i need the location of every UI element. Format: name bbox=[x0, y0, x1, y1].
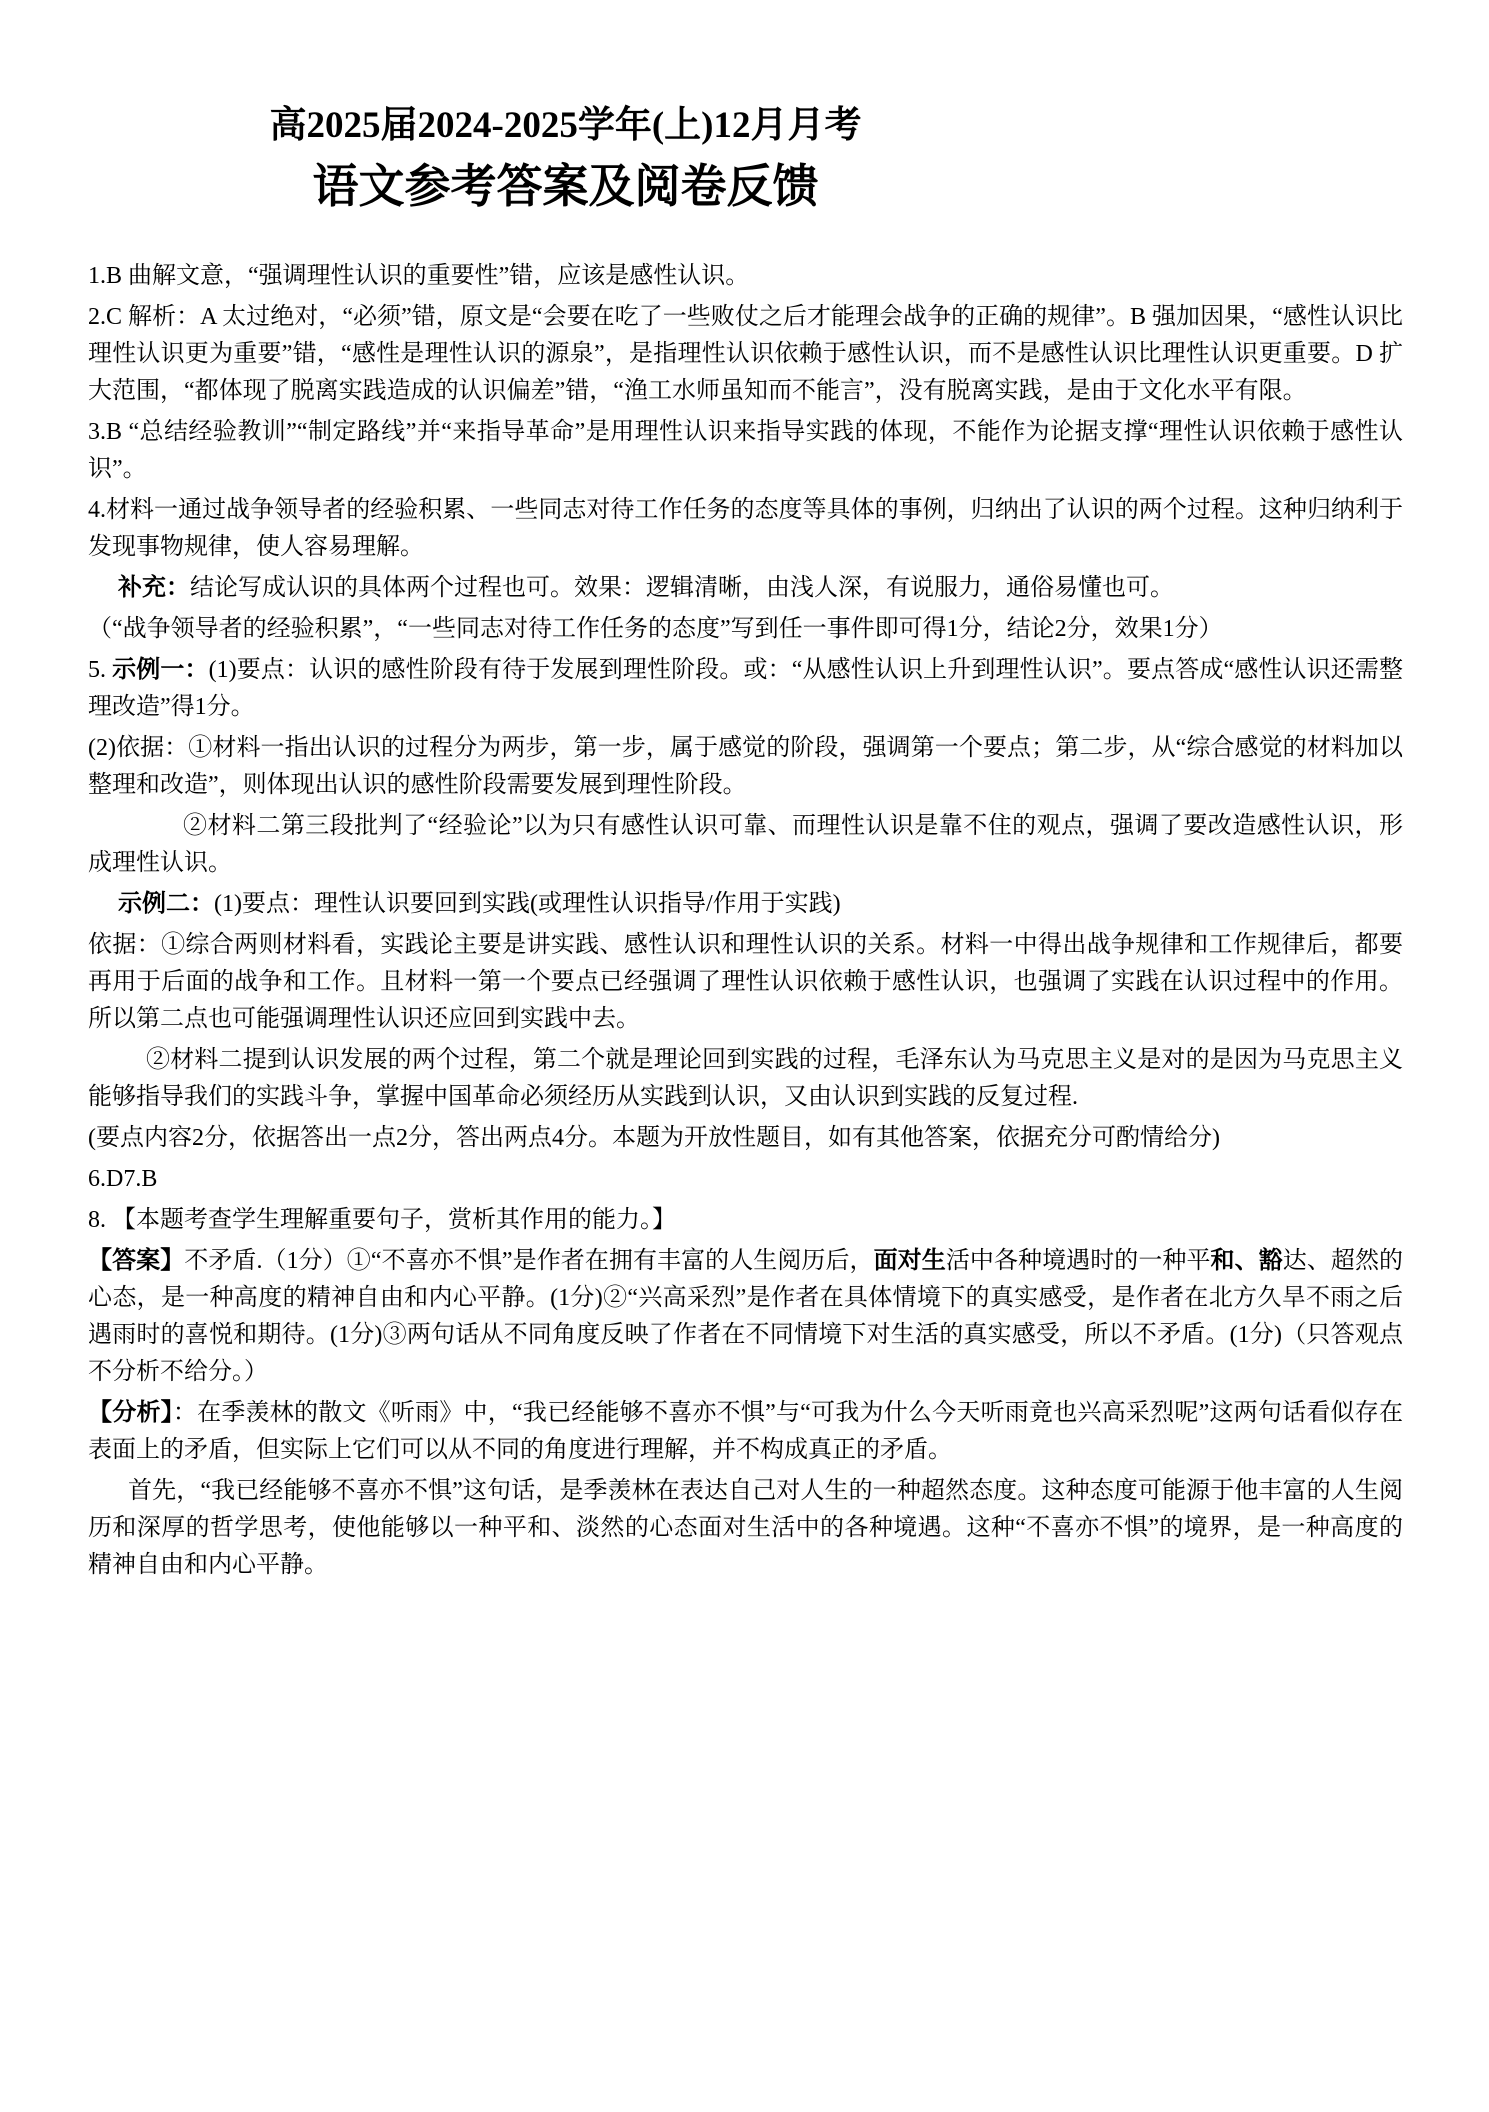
answer-label: 【答案】 bbox=[88, 1248, 184, 1274]
text-run: 5. bbox=[88, 657, 112, 683]
text-run: 6.D7.B bbox=[88, 1166, 157, 1192]
answer-q5-example2-basis: 依据：①综合两则材料看，实践论主要是讲实践、感性认识和理性认识的关系。材料一中得… bbox=[88, 927, 1403, 1038]
answer-q8-answer: 【答案】不矛盾.（1分）①“不喜亦不惧”是作者在拥有丰富的人生阅历后，面对生活中… bbox=[88, 1243, 1403, 1391]
text-run: 结论写成认识的具体两个过程也可。效果：逻辑清晰，由浅人深，有说服力，通俗易懂也可… bbox=[190, 575, 1174, 601]
example2-label: 示例二： bbox=[118, 891, 214, 917]
text-run-bold: 和、豁 bbox=[1211, 1248, 1283, 1274]
answer-q1: 1.B 曲解文意，“强调理性认识的重要性”错，应该是感性认识。 bbox=[88, 258, 1403, 295]
text-run: 不矛盾.（1分）①“不喜亦不惧”是作者在拥有丰富的人生阅历后， bbox=[184, 1248, 873, 1274]
text-run: ②材料二提到认识发展的两个过程，第二个就是理论回到实践的过程，毛泽东认为马克思主… bbox=[88, 1047, 1403, 1110]
text-run: 8. 【本题考查学生理解重要句子，赏析其作用的能力。】 bbox=[88, 1207, 676, 1233]
answer-q6-q7: 6.D7.B bbox=[88, 1161, 1403, 1198]
answer-q5-example2: 示例二：(1)要点：理性认识要回到实践(或理性认识指导/作用于实践) bbox=[88, 886, 1403, 923]
text-run-bold: 面对生 bbox=[874, 1248, 946, 1274]
title-block: 高2025届2024-2025学年(上)12月月考 语文参考答案及阅卷反馈 bbox=[88, 104, 1403, 216]
text-run: (2)依据：①材料一指出认识的过程分为两步，第一步，属于感觉的阶段，强调第一个要… bbox=[88, 735, 1403, 798]
text-run: 依据：①综合两则材料看，实践论主要是讲实践、感性认识和理性认识的关系。材料一中得… bbox=[88, 932, 1403, 1032]
answer-q5-scoring: (要点内容2分，依据答出一点2分，答出两点4分。本题为开放性题目，如有其他答案，… bbox=[88, 1120, 1403, 1157]
text-run: 3.B “总结经验教训”“制定路线”并“来指导革命”是用理性认识来指导实践的体现… bbox=[88, 419, 1403, 482]
answer-q4-supplement: 补充：结论写成认识的具体两个过程也可。效果：逻辑清晰，由浅人深，有说服力，通俗易… bbox=[88, 570, 1403, 607]
text-run: (1)要点：认识的感性阶段有待于发展到理性阶段。或：“从感性认识上升到理性认识”… bbox=[88, 657, 1403, 720]
text-run: ：在季羡林的散文《听雨》中，“我已经能够不喜亦不惧”与“可我为什么今天听雨竟也兴… bbox=[88, 1400, 1403, 1463]
text-run: ②材料二第三段批判了“经验论”以为只有感性认识可靠、而理性认识是靠不住的观点，强… bbox=[88, 813, 1403, 876]
answer-q3: 3.B “总结经验教训”“制定路线”并“来指导革命”是用理性认识来指导实践的体现… bbox=[88, 414, 1403, 488]
example1-label: 示例一： bbox=[112, 657, 209, 683]
document-page: 高2025届2024-2025学年(上)12月月考 语文参考答案及阅卷反馈 1.… bbox=[0, 0, 1489, 2112]
answer-q5-example2-basis-2: ②材料二提到认识发展的两个过程，第二个就是理论回到实践的过程，毛泽东认为马克思主… bbox=[88, 1042, 1403, 1116]
answer-q5-basis: (2)依据：①材料一指出认识的过程分为两步，第一步，属于感觉的阶段，强调第一个要… bbox=[88, 730, 1403, 804]
text-run: 活中各种境遇时的一种平 bbox=[946, 1248, 1211, 1274]
answer-q4-scoring: （“战争领导者的经验积累”，“一些同志对待工作任务的态度”写到任一事件即可得1分… bbox=[88, 611, 1403, 648]
answer-q2: 2.C 解析：A 太过绝对，“必须”错，原文是“会要在吃了一些败仗之后才能理会战… bbox=[88, 299, 1403, 410]
text-run: （“战争领导者的经验积累”，“一些同志对待工作任务的态度”写到任一事件即可得1分… bbox=[88, 616, 1223, 642]
answer-q4: 4.材料一通过战争领导者的经验积累、一些同志对待工作任务的态度等具体的事例，归纳… bbox=[88, 492, 1403, 566]
answers-subtitle: 语文参考答案及阅卷反馈 bbox=[88, 158, 1043, 216]
answer-key-body: 1.B 曲解文意，“强调理性认识的重要性”错，应该是感性认识。 2.C 解析：A… bbox=[88, 258, 1403, 1584]
exam-title: 高2025届2024-2025学年(上)12月月考 bbox=[88, 104, 1043, 148]
answer-q8-analysis: 【分析】：在季羡林的散文《听雨》中，“我已经能够不喜亦不惧”与“可我为什么今天听… bbox=[88, 1395, 1403, 1469]
answer-q5-example1: 5. 示例一：(1)要点：认识的感性阶段有待于发展到理性阶段。或：“从感性认识上… bbox=[88, 652, 1403, 726]
answer-q8-analysis-2: 首先，“我已经能够不喜亦不惧”这句话，是季羡林在表达自己对人生的一种超然态度。这… bbox=[88, 1473, 1403, 1584]
text-run: (1)要点：理性认识要回到实践(或理性认识指导/作用于实践) bbox=[214, 891, 841, 917]
text-run: 1.B 曲解文意，“强调理性认识的重要性”错，应该是感性认识。 bbox=[88, 263, 749, 289]
text-run: 4.材料一通过战争领导者的经验积累、一些同志对待工作任务的态度等具体的事例，归纳… bbox=[88, 497, 1403, 560]
answer-q8-heading: 8. 【本题考查学生理解重要句子，赏析其作用的能力。】 bbox=[88, 1202, 1403, 1239]
text-run: 2.C 解析：A 太过绝对，“必须”错，原文是“会要在吃了一些败仗之后才能理会战… bbox=[88, 304, 1403, 404]
answer-q5-basis-2: ②材料二第三段批判了“经验论”以为只有感性认识可靠、而理性认识是靠不住的观点，强… bbox=[88, 808, 1403, 882]
analysis-label: 【分析】 bbox=[88, 1400, 173, 1426]
text-run: (要点内容2分，依据答出一点2分，答出两点4分。本题为开放性题目，如有其他答案，… bbox=[88, 1125, 1220, 1151]
supplement-label: 补充： bbox=[118, 575, 190, 601]
text-run: 首先，“我已经能够不喜亦不惧”这句话，是季羡林在表达自己对人生的一种超然态度。这… bbox=[88, 1478, 1403, 1578]
